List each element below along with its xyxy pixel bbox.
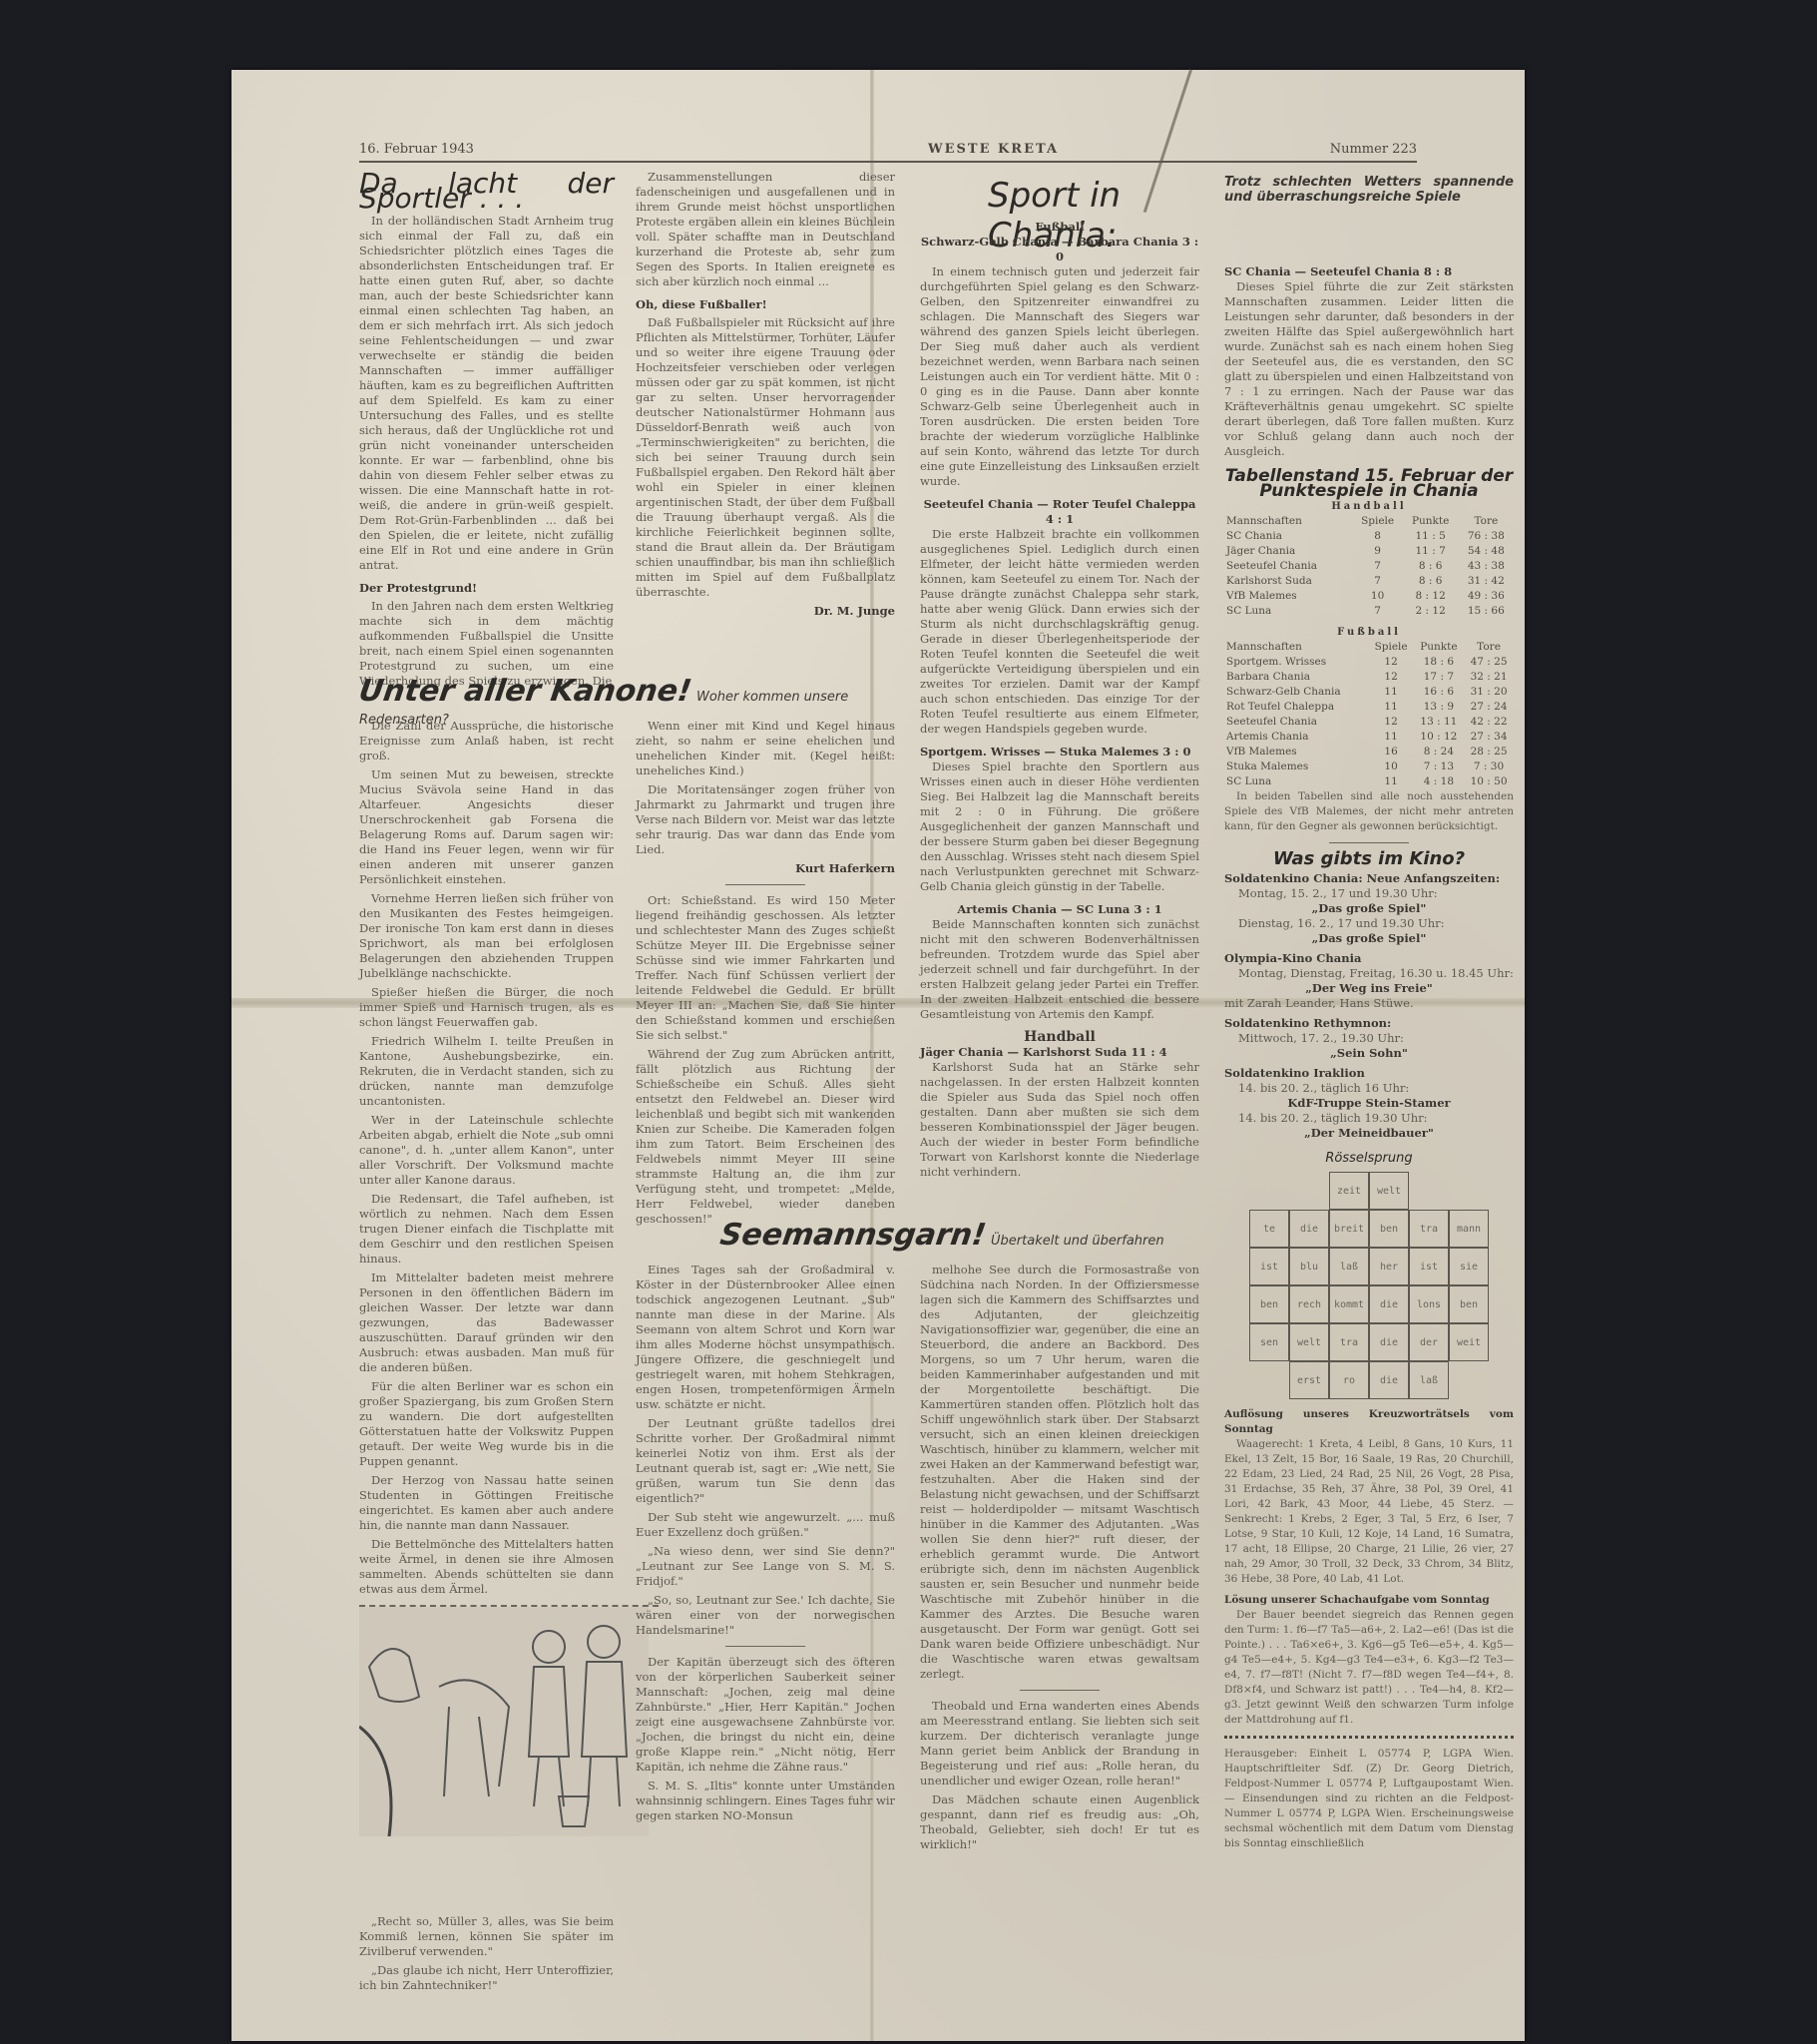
table-cell: 4 : 18 bbox=[1414, 774, 1464, 789]
table-row: Artemis Chania1110 : 1227 : 34 bbox=[1224, 730, 1514, 745]
paragraph: In der holländischen Stadt Arnheim trug … bbox=[359, 214, 614, 573]
table-cell: 16 : 6 bbox=[1414, 685, 1464, 700]
table-cell: Barbara Chania bbox=[1224, 670, 1369, 685]
table-cell: 11 bbox=[1369, 774, 1414, 789]
fussball-table: MannschaftenSpielePunkteTore Sportgem. W… bbox=[1224, 640, 1514, 789]
table-cell: 76 : 38 bbox=[1459, 529, 1514, 544]
newspaper-title: WESTE KRETA bbox=[928, 142, 1059, 157]
cinema-name: Olympia-Kino Chania bbox=[1224, 951, 1514, 966]
newspaper-page: 16. Februar 1943 WESTE KRETA Nummer 223 … bbox=[231, 70, 1525, 2041]
match-title: Seeteufel Chania — Roter Teufel Chaleppa… bbox=[920, 497, 1199, 527]
standings-note: In beiden Tabellen sind alle noch ausste… bbox=[1224, 789, 1514, 834]
column-header: Spiele bbox=[1369, 640, 1414, 655]
puzzle-cell: sie bbox=[1449, 1248, 1489, 1285]
table-cell: 13 : 11 bbox=[1414, 715, 1464, 730]
kino-listings: Soldatenkino Chania: Neue Anfangszeiten:… bbox=[1224, 871, 1514, 1141]
film-title: „Sein Sohn" bbox=[1224, 1046, 1514, 1061]
column-header: Tore bbox=[1464, 640, 1514, 655]
table-cell: 42 : 22 bbox=[1464, 715, 1514, 730]
paragraph: Die Redensart, die Tafel aufheben, ist w… bbox=[359, 1192, 614, 1267]
table-cell: 10 : 12 bbox=[1414, 730, 1464, 745]
article-subtitle: Übertakelt und überfahren bbox=[991, 1234, 1164, 1249]
puzzle-title: Rösselsprung bbox=[1224, 1151, 1514, 1166]
puzzle-cell: laß bbox=[1409, 1361, 1449, 1399]
table-cell: 7 : 13 bbox=[1414, 760, 1464, 774]
table-row: Jäger Chania911 : 754 : 48 bbox=[1224, 544, 1514, 559]
puzzle-cell: breit bbox=[1329, 1210, 1369, 1248]
table-cell: 12 bbox=[1369, 715, 1414, 730]
paragraph: Theobald und Erna wanderten eines Abends… bbox=[920, 1699, 1199, 1788]
right-column: Trotz schlechten Wetters spannende und ü… bbox=[1224, 175, 1514, 1855]
paragraph: Beide Mannschaften konnten sich zunächst… bbox=[920, 917, 1199, 1022]
table-cell: Sportgem. Wrisses bbox=[1224, 655, 1369, 670]
article-subtitle: Trotz schlechten Wetters spannende und ü… bbox=[1224, 175, 1514, 205]
table-row: Karlshorst Suda78 : 631 : 42 bbox=[1224, 574, 1514, 589]
puzzle-cell: ben bbox=[1449, 1285, 1489, 1323]
paragraph: „Na wieso denn, wer sind Sie denn?" „Leu… bbox=[636, 1544, 895, 1589]
table-cell: 7 bbox=[1353, 604, 1403, 619]
table-cell: 31 : 42 bbox=[1459, 574, 1514, 589]
table-cell: 7 bbox=[1353, 559, 1403, 574]
table-cell: Artemis Chania bbox=[1224, 730, 1369, 745]
paragraph: Friedrich Wilhelm I. teilte Preußen in K… bbox=[359, 1034, 614, 1109]
seemann-headline: Seemannsgarn! Übertakelt und überfahren bbox=[720, 1218, 1279, 1253]
column-header: Spiele bbox=[1353, 514, 1403, 529]
table-cell: 16 bbox=[1369, 745, 1414, 760]
match-title: Jäger Chania — Karlshorst Suda 11 : 4 bbox=[920, 1045, 1199, 1060]
paragraph: Der Leutnant grüßte tadellos drei Schrit… bbox=[636, 1416, 895, 1506]
table-row: VfB Malemes168 : 2428 : 25 bbox=[1224, 745, 1514, 760]
puzzle-cell: welt bbox=[1369, 1172, 1409, 1210]
puzzle-cell: zeit bbox=[1329, 1172, 1369, 1210]
article-sportler: Da lacht der Sportler . . . In der hollä… bbox=[359, 170, 614, 693]
table-cell: 11 : 7 bbox=[1403, 544, 1459, 559]
paragraph: Für die alten Berliner war es schon ein … bbox=[359, 1379, 614, 1469]
table-row: Barbara Chania1217 : 732 : 21 bbox=[1224, 670, 1514, 685]
paragraph: Daß Fußballspieler mit Rücksicht auf ihr… bbox=[636, 315, 895, 600]
showtime: Montag, Dienstag, Freitag, 16.30 u. 18.4… bbox=[1224, 966, 1514, 981]
column-header: Punkte bbox=[1414, 640, 1464, 655]
paragraph: Eines Tages sah der Großadmiral v. Köste… bbox=[636, 1263, 895, 1412]
masthead: 16. Februar 1943 WESTE KRETA Nummer 223 bbox=[359, 135, 1417, 163]
puzzle-cell: der bbox=[1409, 1323, 1449, 1361]
divider bbox=[725, 884, 805, 885]
film-title: „Der Weg ins Freie" bbox=[1224, 981, 1514, 996]
table-cell: 8 : 6 bbox=[1403, 559, 1459, 574]
table-row: Seeteufel Chania78 : 643 : 38 bbox=[1224, 559, 1514, 574]
knights-move-puzzle: zeitwelttediebreitbentramannistblulaßher… bbox=[1244, 1172, 1494, 1401]
subheading: Der Protestgrund! bbox=[359, 581, 614, 596]
crossword-solution: Waagerecht: 1 Kreta, 4 Leibl, 8 Gans, 10… bbox=[1224, 1437, 1514, 1587]
paragraph: „So, so, Leutnant zur See.' Ich dachte, … bbox=[636, 1593, 895, 1638]
puzzle-cell: weit bbox=[1449, 1323, 1489, 1361]
puzzle-cell: die bbox=[1369, 1285, 1409, 1323]
table-cell: SC Chania bbox=[1224, 529, 1353, 544]
match-title: Sportgem. Wrisses — Stuka Malemes 3 : 0 bbox=[920, 745, 1199, 760]
standings-title: Tabellenstand 15. Februar der Punktespie… bbox=[1224, 469, 1514, 499]
table-row: Schwarz-Gelb Chania1116 : 631 : 20 bbox=[1224, 685, 1514, 700]
paragraph: Das Mädchen schaute einen Augenblick ges… bbox=[920, 1792, 1199, 1852]
table-cell: 49 : 36 bbox=[1459, 589, 1514, 604]
paragraph: melhohe See durch die Formosastraße von … bbox=[920, 1263, 1199, 1682]
table-cell: 9 bbox=[1353, 544, 1403, 559]
table-cell: 43 : 38 bbox=[1459, 559, 1514, 574]
article-seemann: Eines Tages sah der Großadmiral v. Köste… bbox=[636, 1263, 895, 1827]
table-cell: 11 : 5 bbox=[1403, 529, 1459, 544]
puzzle-cell: lons bbox=[1409, 1285, 1449, 1323]
table-cell: Seeteufel Chania bbox=[1224, 715, 1369, 730]
divider bbox=[1224, 1736, 1514, 1739]
cinema-name: Soldatenkino Chania: Neue Anfangszeiten: bbox=[1224, 871, 1514, 886]
table-cell: 11 bbox=[1369, 700, 1414, 715]
table-cell: SC Luna bbox=[1224, 604, 1353, 619]
chess-title: Lösung unserer Schachaufgabe vom Sonntag bbox=[1224, 1593, 1514, 1608]
table-cell: 8 : 24 bbox=[1414, 745, 1464, 760]
puzzle-cell: die bbox=[1369, 1361, 1409, 1399]
showtime: Mittwoch, 17. 2., 19.30 Uhr: bbox=[1224, 1031, 1514, 1046]
table-row: Rot Teufel Chaleppa1113 : 927 : 24 bbox=[1224, 700, 1514, 715]
table-cell: 28 : 25 bbox=[1464, 745, 1514, 760]
table-row: SC Chania811 : 576 : 38 bbox=[1224, 529, 1514, 544]
article-kanone-cont: Wenn einer mit Kind und Kegel hinaus zie… bbox=[636, 719, 895, 1231]
table-cell: Seeteufel Chania bbox=[1224, 559, 1353, 574]
article-seemann-cont: melhohe See durch die Formosastraße von … bbox=[920, 1263, 1199, 1856]
table-cell: 8 bbox=[1353, 529, 1403, 544]
author: Kurt Haferkern bbox=[636, 861, 895, 876]
puzzle-cell: te bbox=[1249, 1210, 1289, 1248]
table-row: SC Luna72 : 1215 : 66 bbox=[1224, 604, 1514, 619]
puzzle-cell: her bbox=[1369, 1248, 1409, 1285]
puzzle-cell: ben bbox=[1369, 1210, 1409, 1248]
paragraph: Zusammenstellungen dieser fadenscheinige… bbox=[636, 170, 895, 289]
table-cell: 18 : 6 bbox=[1414, 655, 1464, 670]
table-cell: 54 : 48 bbox=[1459, 544, 1514, 559]
table-cell: Rot Teufel Chaleppa bbox=[1224, 700, 1369, 715]
article-sportler-cont: Zusammenstellungen dieser fadenscheinige… bbox=[636, 170, 895, 619]
table-cell: 47 : 25 bbox=[1464, 655, 1514, 670]
crossword-title: Auflösung unseres Kreuzworträtsels vom S… bbox=[1224, 1407, 1514, 1437]
table-cell: 10 bbox=[1353, 589, 1403, 604]
cartoon-caption: „Das glaube ich nicht, Herr Unteroffizie… bbox=[359, 1963, 614, 1993]
table-cell: 32 : 21 bbox=[1464, 670, 1514, 685]
puzzle-cell: ro bbox=[1329, 1361, 1369, 1399]
issue-date: 16. Februar 1943 bbox=[359, 142, 474, 157]
puzzle-cell: tra bbox=[1409, 1210, 1449, 1248]
table-row: Sportgem. Wrisses1218 : 647 : 25 bbox=[1224, 655, 1514, 670]
showtime: Dienstag, 16. 2., 17 und 19.30 Uhr: bbox=[1224, 916, 1514, 931]
table-cell: SC Luna bbox=[1224, 774, 1369, 789]
table-cell: 10 bbox=[1369, 760, 1414, 774]
film-title: „Das große Spiel" bbox=[1224, 901, 1514, 916]
paragraph: Spießer hießen die Bürger, die noch imme… bbox=[359, 985, 614, 1030]
film-title: KdF-Truppe Stein-Stamer bbox=[1224, 1096, 1514, 1111]
column-header: Punkte bbox=[1403, 514, 1459, 529]
table-row: VfB Malemes108 : 1249 : 36 bbox=[1224, 589, 1514, 604]
puzzle-cell: tra bbox=[1329, 1323, 1369, 1361]
column-header: Mannschaften bbox=[1224, 640, 1369, 655]
paragraph: Im Mittelalter badeten meist mehrere Per… bbox=[359, 1271, 614, 1375]
divider bbox=[725, 1646, 805, 1647]
table-cell: 7 bbox=[1353, 574, 1403, 589]
paragraph: Die Zahl der Aussprüche, die historische… bbox=[359, 719, 614, 764]
paragraph: Wenn einer mit Kind und Kegel hinaus zie… bbox=[636, 719, 895, 778]
table-cell: Karlshorst Suda bbox=[1224, 574, 1353, 589]
section-label: Fußball bbox=[920, 220, 1199, 235]
puzzle-cell: sen bbox=[1249, 1323, 1289, 1361]
table-cell: 2 : 12 bbox=[1403, 604, 1459, 619]
cartoon-illustration bbox=[359, 1605, 659, 1906]
paragraph: Um seinen Mut zu beweisen, streckte Muci… bbox=[359, 767, 614, 887]
standings-section: Fußball bbox=[1224, 625, 1514, 640]
table-cell: Stuka Malemes bbox=[1224, 760, 1369, 774]
handball-table: MannschaftenSpielePunkteTore SC Chania81… bbox=[1224, 514, 1514, 619]
table-cell: Jäger Chania bbox=[1224, 544, 1353, 559]
paragraph: Die Bettelmönche des Mittelalters hatten… bbox=[359, 1537, 614, 1597]
paragraph: S. M. S. „Iltis" konnte unter Umständen … bbox=[636, 1779, 895, 1823]
puzzle-cell: rech bbox=[1289, 1285, 1329, 1323]
puzzle-cell: ist bbox=[1409, 1248, 1449, 1285]
puzzle-cell: die bbox=[1289, 1210, 1329, 1248]
cinema-name: Soldatenkino Iraklion bbox=[1224, 1066, 1514, 1081]
puzzle-cell: welt bbox=[1289, 1323, 1329, 1361]
puzzle-cell: blu bbox=[1289, 1248, 1329, 1285]
paragraph: In einem technisch guten und jederzeit f… bbox=[920, 264, 1199, 489]
paragraph: Wer in der Lateinschule schlechte Arbeit… bbox=[359, 1113, 614, 1188]
issue-number: Nummer 223 bbox=[1330, 142, 1417, 157]
table-cell: 7 : 30 bbox=[1464, 760, 1514, 774]
puzzle-cell: kommt bbox=[1329, 1285, 1369, 1323]
cast: mit Zarah Leander, Hans Stüwe. bbox=[1224, 996, 1514, 1011]
table-cell: 11 bbox=[1369, 730, 1414, 745]
table-cell: 12 bbox=[1369, 670, 1414, 685]
table-cell: 12 bbox=[1369, 655, 1414, 670]
paragraph: Die erste Halbzeit brachte ein vollkomme… bbox=[920, 527, 1199, 737]
puzzle-cell: mann bbox=[1449, 1210, 1489, 1248]
standings-section: Handball bbox=[1224, 499, 1514, 514]
article-sport: Fußball Schwarz-Gelb Chania — Barbara Ch… bbox=[920, 220, 1199, 1184]
article-title: Seemannsgarn! bbox=[718, 1218, 989, 1253]
table-row: Seeteufel Chania1213 : 1142 : 22 bbox=[1224, 715, 1514, 730]
subheading: Oh, diese Fußballer! bbox=[636, 297, 895, 312]
paragraph: Der Kapitän überzeugt sich des öfteren v… bbox=[636, 1655, 895, 1775]
match-title: Schwarz-Gelb Chania — Barbara Chania 3 :… bbox=[920, 235, 1199, 264]
table-cell: 31 : 20 bbox=[1464, 685, 1514, 700]
author: Dr. M. Junge bbox=[636, 604, 895, 619]
film-title: „Das große Spiel" bbox=[1224, 931, 1514, 946]
paragraph: Der Herzog von Nassau hatte seinen Stude… bbox=[359, 1473, 614, 1533]
column-header: Mannschaften bbox=[1224, 514, 1353, 529]
puzzle-cell: erst bbox=[1289, 1361, 1329, 1399]
cinema-name: Soldatenkino Rethymnon: bbox=[1224, 1016, 1514, 1031]
kino-title: Was gibts im Kino? bbox=[1224, 851, 1514, 866]
showtime: Montag, 15. 2., 17 und 19.30 Uhr: bbox=[1224, 886, 1514, 901]
paragraph: Dieses Spiel führte die zur Zeit stärkst… bbox=[1224, 279, 1514, 459]
puzzle-cell: ist bbox=[1249, 1248, 1289, 1285]
column-header: Tore bbox=[1459, 514, 1514, 529]
paragraph: Während der Zug zum Abrücken antritt, fä… bbox=[636, 1047, 895, 1227]
paragraph: Der Sub steht wie angewurzelt. „... muß … bbox=[636, 1510, 895, 1540]
table-cell: Schwarz-Gelb Chania bbox=[1224, 685, 1369, 700]
showtime: 14. bis 20. 2., täglich 19.30 Uhr: bbox=[1224, 1111, 1514, 1126]
table-cell: 11 bbox=[1369, 685, 1414, 700]
puzzle-cell: die bbox=[1369, 1323, 1409, 1361]
impressum: Herausgeber: Einheit L 05774 P, LGPA Wie… bbox=[1224, 1747, 1514, 1851]
table-cell: 8 : 6 bbox=[1403, 574, 1459, 589]
showtime: 14. bis 20. 2., täglich 16 Uhr: bbox=[1224, 1081, 1514, 1096]
table-cell: 15 : 66 bbox=[1459, 604, 1514, 619]
cartoon-drawing-icon bbox=[359, 1607, 649, 1836]
table-cell: VfB Malemes bbox=[1224, 589, 1353, 604]
puzzle-cell: ben bbox=[1249, 1285, 1289, 1323]
table-cell: 27 : 34 bbox=[1464, 730, 1514, 745]
table-row: SC Luna114 : 1810 : 50 bbox=[1224, 774, 1514, 789]
article-title: Da lacht der Sportler . . . bbox=[359, 176, 614, 206]
table-cell: VfB Malemes bbox=[1224, 745, 1369, 760]
chess-solution: Der Bauer beendet siegreich das Rennen g… bbox=[1224, 1608, 1514, 1728]
article-kanone: Die Zahl der Aussprüche, die historische… bbox=[359, 719, 614, 1997]
article-title: Unter aller Kanone! bbox=[357, 674, 694, 709]
match-title: SC Chania — Seeteufel Chania 8 : 8 bbox=[1224, 264, 1514, 279]
table-cell: 8 : 12 bbox=[1403, 589, 1459, 604]
paragraph: Karlshorst Suda hat an Stärke sehr nachg… bbox=[920, 1060, 1199, 1180]
paragraph: Dieses Spiel brachte den Sportlern aus W… bbox=[920, 760, 1199, 894]
paragraph: Vornehme Herren ließen sich früher von d… bbox=[359, 891, 614, 981]
table-row: Stuka Malemes107 : 137 : 30 bbox=[1224, 760, 1514, 774]
paragraph: Ort: Schießstand. Es wird 150 Meter lieg… bbox=[636, 893, 895, 1043]
cartoon-caption: „Recht so, Müller 3, alles, was Sie beim… bbox=[359, 1914, 614, 1959]
divider bbox=[1329, 842, 1409, 843]
table-cell: 17 : 7 bbox=[1414, 670, 1464, 685]
puzzle-cell: laß bbox=[1329, 1248, 1369, 1285]
film-title: „Der Meineidbauer" bbox=[1224, 1126, 1514, 1141]
paragraph: Die Moritatensänger zogen früher von Jah… bbox=[636, 782, 895, 857]
table-cell: 10 : 50 bbox=[1464, 774, 1514, 789]
table-cell: 13 : 9 bbox=[1414, 700, 1464, 715]
match-title: Artemis Chania — SC Luna 3 : 1 bbox=[920, 902, 1199, 917]
section-label: Handball bbox=[920, 1030, 1199, 1045]
divider bbox=[1020, 1690, 1100, 1691]
table-cell: 27 : 24 bbox=[1464, 700, 1514, 715]
